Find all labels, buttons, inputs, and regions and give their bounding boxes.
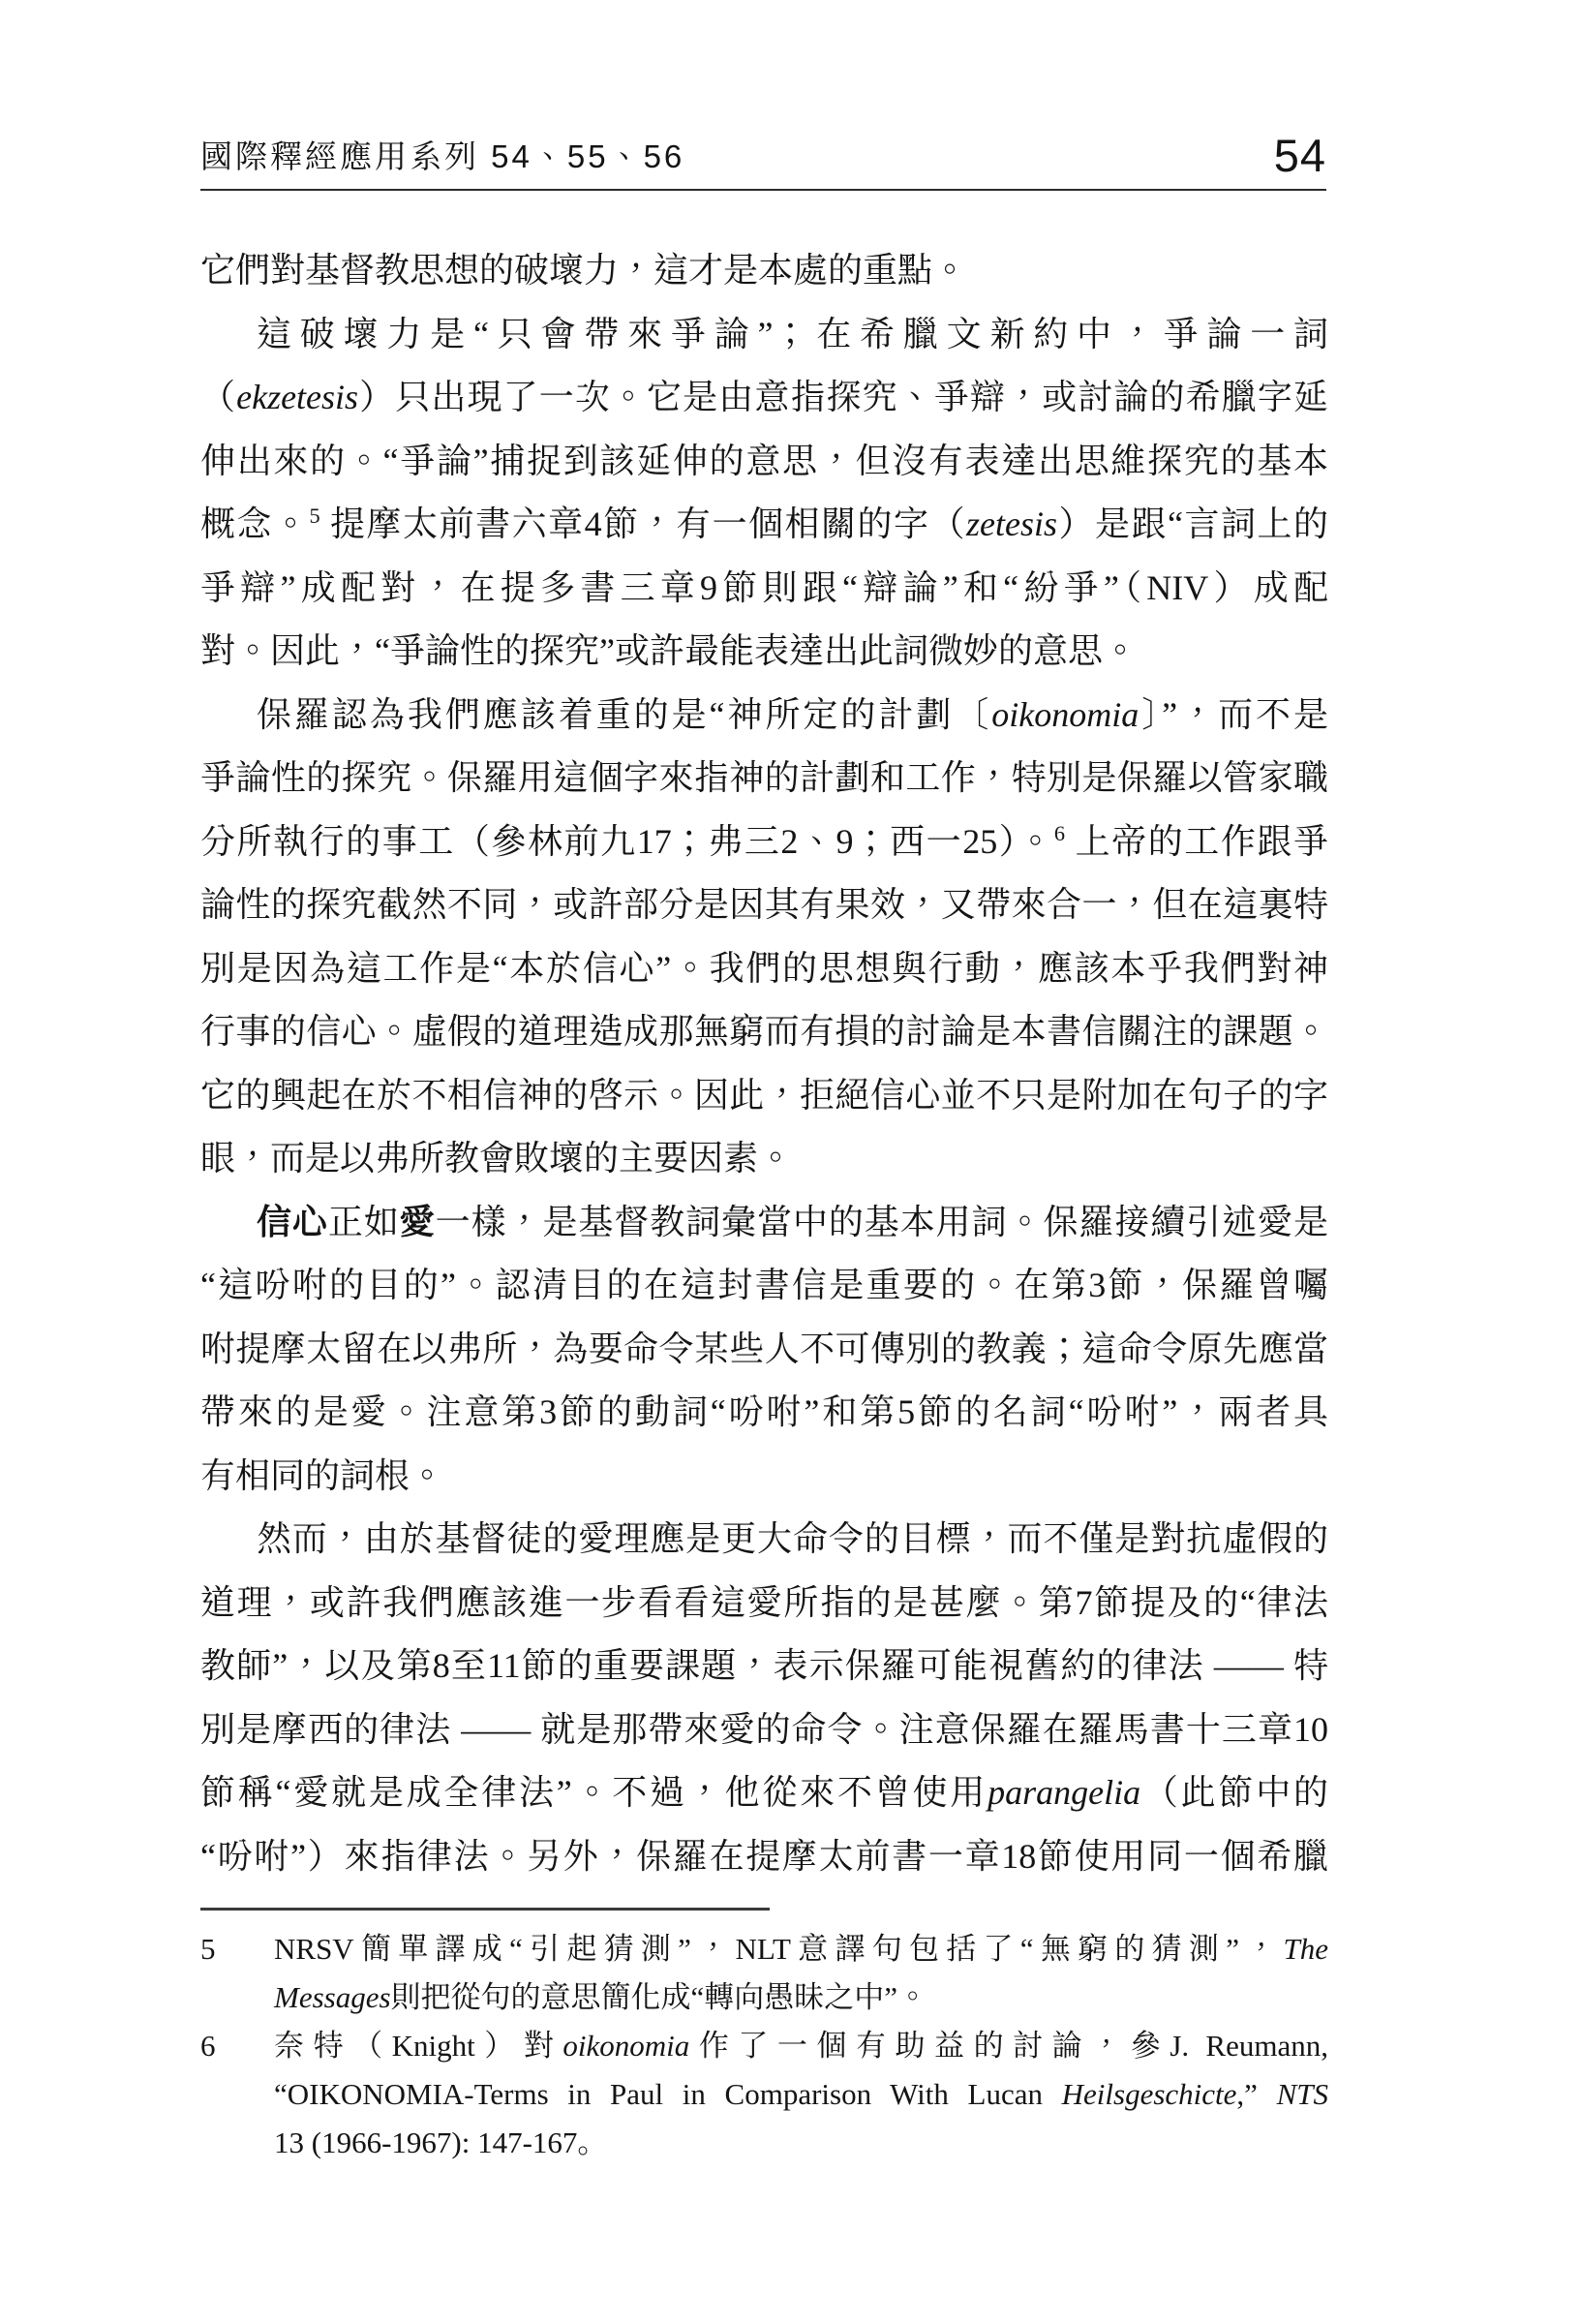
footnote-line: 5NRSV簡單譯成“引起猜測”，NLT意譯句包括了“無窮的猜測”，The [200,1925,1328,1973]
body-line: 眼，而是以弗所教會敗壞的主要因素。 [200,1127,1328,1191]
body-line: 爭論性的探究。保羅用這個字來指神的計劃和工作，特別是保羅以管家職 [200,747,1328,810]
text-segment: 13 (1966-1967): 147-167。 [274,2125,607,2159]
text-segment: “這吩咐的目的”。認清目的在這封書信是重要的。在第3節，保羅曾囑 [200,1266,1328,1304]
text-segment: NRSV簡單譯成“引起猜測”，NLT意譯句包括了“無窮的猜測”， [274,1932,1284,1966]
text-segment: 伸出來的。“爭論”捕捉到該延伸的意思，但沒有表達出思維探究的基本 [200,442,1328,480]
body-line: 帶來的是愛。注意第3節的動詞“吩咐”和第5節的名詞“吩咐”，兩者具 [200,1381,1328,1445]
text-segment: 這破壞力是“只會帶來爭論”；在希臘文新約中，爭論一詞 [257,315,1328,353]
text-segment: 咐提摩太留在以弗所，為要命令某些人不可傳別的教義；這命令原先應當 [200,1330,1328,1368]
header-rule [200,189,1326,191]
footnotes: 5NRSV簡單譯成“引起猜測”，NLT意譯句包括了“無窮的猜測”，TheMess… [200,1925,1328,2167]
footnote-line: 6奈特（Knight）對oikonomia作了一個有助益的討論，參J. Reum… [200,2022,1328,2070]
body-line: 它們對基督教思想的破壞力，這才是本處的重點。 [200,239,1328,303]
text-segment: “吩咐”）來指律法。另外，保羅在提摩太前書一章18節使用同一個希臘 [200,1837,1328,1876]
text-segment: 奈特（Knight）對 [274,2029,562,2063]
page-header: 國際釋經應用系列 54、55、56 54 [200,124,1326,178]
body-line: 這破壞力是“只會帶來爭論”；在希臘文新約中，爭論一詞 [200,303,1328,367]
text-segment: zetesis [966,505,1057,543]
text-segment: （此節中的 [1140,1773,1328,1812]
text-segment: Messages [274,1980,391,2014]
body-line: 咐提摩太留在以弗所，為要命令某些人不可傳別的教義；這命令原先應當 [200,1318,1328,1382]
page-number: 54 [1274,133,1326,178]
series-title: 國際釋經應用系列 54、55、56 [200,140,684,178]
text-segment: “OIKONOMIA-Terms in Paul in Comparison W… [274,2077,1062,2111]
text-segment: parangelia [987,1773,1140,1812]
text-segment: （ [200,378,236,416]
text-segment: 爭辯”成配對，在提多書三章9節則跟“辯論”和“紛爭”（NIV）成配 [200,568,1328,607]
body-line: 別是因為這工作是“本於信心”。我們的思想與行動，應該本乎我們對神 [200,937,1328,1001]
text-segment: 它們對基督教思想的破壞力，這才是本處的重點。 [200,251,967,290]
body-line: 概念。5 提摩太前書六章4節，有一個相關的字（zetesis）是跟“言詞上的 [200,493,1328,557]
body-line: “這吩咐的目的”。認清目的在這封書信是重要的。在第3節，保羅曾囑 [200,1254,1328,1318]
footnote-separator [200,1908,770,1911]
footnote-line: “OIKONOMIA-Terms in Paul in Comparison W… [200,2070,1328,2119]
body-line: 論性的探究截然不同，或許部分是因其有果效，又帶來合一，但在這裏特 [200,873,1328,937]
text-segment: 然而，由於基督徒的愛理應是更大命令的目標，而不僅是對抗虛假的 [257,1519,1328,1558]
text-segment: NTS [1277,2077,1328,2111]
body-line: （ekzetesis）只出現了一次。它是由意指探究、爭辯，或討論的希臘字延 [200,366,1328,430]
body-line: 然而，由於基督徒的愛理應是更大命令的目標，而不僅是對抗虛假的 [200,1508,1328,1572]
text-segment: 〕”，而不是 [1139,695,1328,734]
body-line: 節稱“愛就是成全律法”。不過，他從來不曾使用parangelia（此節中的 [200,1761,1328,1825]
body-line: 別是摩西的律法 —— 就是那帶來愛的命令。注意保羅在羅馬書十三章10 [200,1698,1328,1762]
text-segment: 則把從句的意思簡化成“轉向愚昧之中”。 [391,1980,928,2014]
footnote-number: 5 [200,1925,216,1973]
text-segment: 提摩太前書六章4節，有一個相關的字（ [320,505,966,543]
footnote-number: 6 [200,2022,216,2070]
text-segment: The [1284,1932,1329,1966]
body-line: 它的興起在於不相信神的啓示。因此，拒絕信心並不只是附加在句子的字 [200,1064,1328,1128]
text-segment: 正如 [328,1203,400,1241]
text-segment: 別是摩西的律法 —— 就是那帶來愛的命令。注意保羅在羅馬書十三章10 [200,1710,1328,1749]
text-segment: oikonomia [562,2029,689,2063]
body-text: 它們對基督教思想的破壞力，這才是本處的重點。這破壞力是“只會帶來爭論”；在希臘文… [200,239,1328,1888]
text-segment: oikonomia [991,695,1139,734]
footnote-reference: 5 [309,504,319,528]
footnote-line: 13 (1966-1967): 147-167。 [200,2119,1328,2167]
text-segment: 對。因此，“爭論性的探究”或許最能表達出此詞微妙的意思。 [200,631,1138,670]
body-line: 伸出來的。“爭論”捕捉到該延伸的意思，但沒有表達出思維探究的基本 [200,430,1328,494]
text-segment: Heilsgeschicte [1062,2077,1237,2111]
body-line: 有相同的詞根。 [200,1445,1328,1509]
body-line: 行事的信心。虛假的道理造成那無窮而有損的討論是本書信關注的課題。 [200,1000,1328,1064]
text-segment: 帶來的是愛。注意第3節的動詞“吩咐”和第5節的名詞“吩咐”，兩者具 [200,1392,1328,1431]
body-line: 爭辯”成配對，在提多書三章9節則跟“辯論”和“紛爭”（NIV）成配 [200,557,1328,621]
text-segment: 別是因為這工作是“本於信心”。我們的思想與行動，應該本乎我們對神 [200,949,1328,988]
body-line: 信心正如愛一樣，是基督教詞彙當中的基本用詞。保羅接續引述愛是 [200,1191,1328,1255]
text-segment: 作了一個有助益的討論，參J. Reumann, [689,2029,1328,2063]
body-line: 保羅認為我們應該着重的是“神所定的計劃〔oikonomia〕”，而不是 [200,684,1328,748]
text-segment: ekzetesis [236,378,358,416]
body-line: 分所執行的事工（參林前九17；弗三2、9；西一25）。6 上帝的工作跟爭 [200,810,1328,874]
footnote-line: Messages則把從句的意思簡化成“轉向愚昧之中”。 [200,1973,1328,2022]
body-line: 對。因此，“爭論性的探究”或許最能表達出此詞微妙的意思。 [200,620,1328,684]
body-line: 教師”，以及第8至11節的重要課題，表示保羅可能視舊約的律法 —— 特 [200,1635,1328,1698]
book-page: 國際釋經應用系列 54、55、56 54 它們對基督教思想的破壞力，這才是本處的… [0,0,1580,2324]
text-segment: 論性的探究截然不同，或許部分是因其有果效，又帶來合一，但在這裏特 [200,885,1328,924]
text-segment: 眼，而是以弗所教會敗壞的主要因素。 [200,1139,793,1177]
text-segment: 信心 [257,1203,328,1241]
text-segment: 教師”，以及第8至11節的重要課題，表示保羅可能視舊約的律法 —— 特 [200,1646,1328,1685]
text-segment: 一樣，是基督教詞彙當中的基本用詞。保羅接續引述愛是 [436,1203,1328,1241]
text-segment: 道理，或許我們應該進一步看看這愛所指的是甚麼。第7節提及的“律法 [200,1583,1328,1622]
body-line: “吩咐”）來指律法。另外，保羅在提摩太前書一章18節使用同一個希臘 [200,1825,1328,1889]
text-segment: ）只出現了一次。它是由意指探究、爭辯，或討論的希臘字延 [358,378,1328,416]
text-segment: ）是跟“言詞上的 [1057,505,1328,543]
text-segment: 爭論性的探究。保羅用這個字來指神的計劃和工作，特別是保羅以管家職 [200,758,1328,797]
text-segment: 節稱“愛就是成全律法”。不過，他從來不曾使用 [200,1773,987,1812]
text-segment: 上帝的工作跟爭 [1065,822,1328,861]
text-segment: 愛 [400,1203,436,1241]
text-segment: ,” [1236,2077,1276,2111]
text-segment: 分所執行的事工（參林前九17；弗三2、9；西一25）。 [200,822,1054,861]
text-segment: 保羅認為我們應該着重的是“神所定的計劃〔 [257,695,991,734]
text-segment: 它的興起在於不相信神的啓示。因此，拒絕信心並不只是附加在句子的字 [200,1076,1328,1115]
text-segment: 有相同的詞根。 [200,1456,444,1495]
footnote-reference: 6 [1054,821,1065,845]
text-segment: 概念。 [200,505,309,543]
body-line: 道理，或許我們應該進一步看看這愛所指的是甚麼。第7節提及的“律法 [200,1572,1328,1636]
text-segment: 行事的信心。虛假的道理造成那無窮而有損的討論是本書信關注的課題。 [200,1012,1328,1051]
